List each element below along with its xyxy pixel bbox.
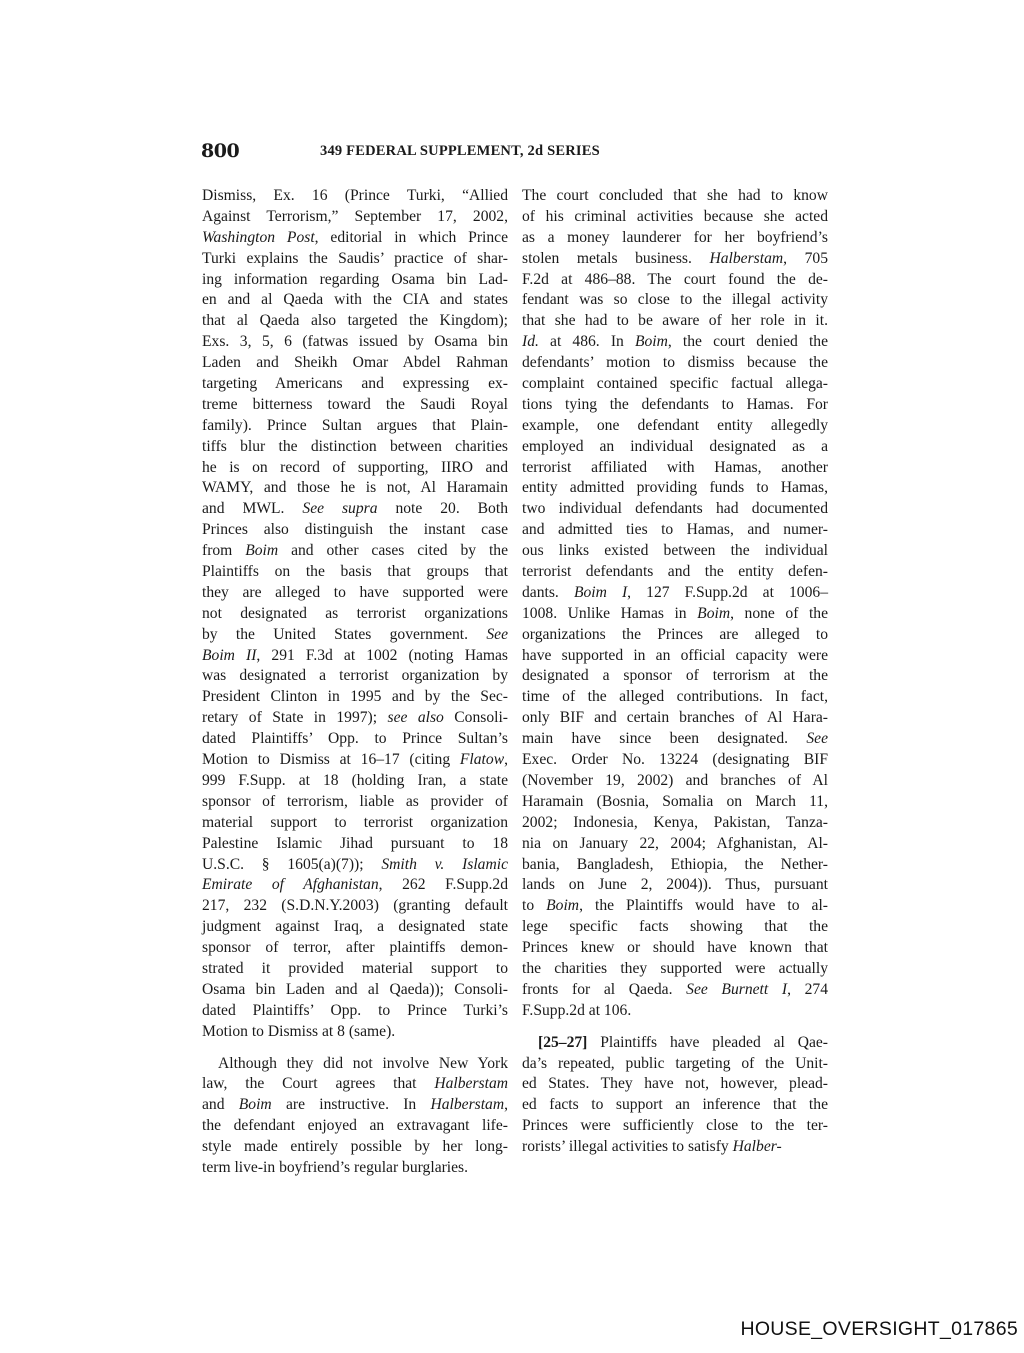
text-segment: fendant was so close to the illegal acti…: [522, 291, 828, 308]
text-segment: dated Plaintiffs’ Opp. to Prince Sultan’…: [202, 730, 508, 747]
text-segment: as a money launderer for her boyfriend’s: [522, 229, 828, 246]
text-line: Princes also distinguish the instant cas…: [202, 520, 508, 541]
text-segment: treme bitterness toward the Saudi Royal: [202, 396, 508, 413]
text-line: he is on record of supporting, IIRO and: [202, 458, 508, 479]
text-line: they are alleged to have supported were: [202, 583, 508, 604]
text-segment: , 274: [787, 981, 828, 998]
text-line: President Clinton in 1995 and by the Sec…: [202, 687, 508, 708]
text-segment: was designated a terrorist organization …: [202, 667, 508, 684]
text-line: Osama bin Laden and al Qaeda)); Consoli-: [202, 980, 508, 1001]
text-segment: employed an individual designated as a: [522, 438, 828, 455]
text-segment: Exs. 3, 5, 6 (fatwas issued by Osama bin: [202, 333, 508, 350]
text-line: stolen metals business. Halberstam, 705: [522, 249, 828, 270]
text-segment: and: [202, 1096, 239, 1113]
italic-citation: Emirate of Afghanistan: [202, 876, 379, 893]
text-line: Emirate of Afghanistan, 262 F.Supp.2d: [202, 875, 508, 896]
text-segment: ,: [504, 1096, 508, 1113]
text-segment: ing information regarding Osama bin Lad-: [202, 271, 508, 288]
italic-citation: see also: [388, 709, 444, 726]
text-segment: defendants’ motion to dismiss because th…: [522, 354, 828, 371]
text-segment: note 20. Both: [378, 500, 508, 517]
text-line: Motion to Dismiss at 8 (same).: [202, 1022, 508, 1043]
text-line: sponsor of terrorism, liable as provider…: [202, 792, 508, 813]
text-line: time of the alleged contributions. In fa…: [522, 687, 828, 708]
text-segment: retary of State in 1997);: [202, 709, 388, 726]
text-line: to Boim, the Plaintiffs would have to al…: [522, 896, 828, 917]
text-segment: F.2d at 486–88. The court found the de-: [522, 271, 828, 288]
text-segment: rorists’ illegal activities to satisfy: [522, 1138, 733, 1155]
bates-number: HOUSE_OVERSIGHT_017865: [740, 1318, 1018, 1341]
text-segment: main have since been designated.: [522, 730, 806, 747]
text-segment: WAMY, and those he is not, Al Haramain: [202, 479, 508, 496]
text-line: strated it provided material support to: [202, 959, 508, 980]
text-segment: terrorist affiliated with Hamas, another: [522, 459, 828, 476]
italic-citation: Halber-: [733, 1138, 782, 1155]
text-line: Princes were sufficiently close to the t…: [522, 1116, 828, 1137]
text-segment: to: [522, 897, 546, 914]
right-column: The court concluded that she had to know…: [522, 186, 828, 1158]
text-line: Washington Post, editorial in which Prin…: [202, 228, 508, 249]
text-segment: Plaintiffs have pleaded al Qae-: [587, 1034, 828, 1051]
text-segment: bania, Bangladesh, Ethiopia, the Nether-: [522, 856, 828, 873]
text-line: tiffs blur the distinction between chari…: [202, 437, 508, 458]
text-segment: The court concluded that she had to know: [522, 187, 828, 204]
text-line: was designated a terrorist organization …: [202, 666, 508, 687]
text-segment: are instructive. In: [272, 1096, 431, 1113]
paragraph: Dismiss, Ex. 16 (Prince Turki, “AlliedAg…: [202, 186, 508, 1043]
text-line: that al Qaeda also targeted the Kingdom)…: [202, 311, 508, 332]
italic-citation: Id.: [522, 333, 539, 350]
italic-citation: Boim: [635, 333, 668, 350]
text-segment: da’s repeated, public targeting of the U…: [522, 1055, 828, 1072]
text-segment: term live-in boyfriend’s regular burglar…: [202, 1159, 468, 1176]
text-line: fendant was so close to the illegal acti…: [522, 290, 828, 311]
text-segment: , 291 F.3d at 1002 (noting Hamas: [256, 647, 508, 664]
text-line: the charities they supported were actual…: [522, 959, 828, 980]
text-line: WAMY, and those he is not, Al Haramain: [202, 478, 508, 499]
text-segment: tiffs blur the distinction between chari…: [202, 438, 508, 455]
text-line: bania, Bangladesh, Ethiopia, the Nether-: [522, 855, 828, 876]
text-segment: not designated as terrorist organization…: [202, 605, 508, 622]
paragraph: Although they did not involve New Yorkla…: [202, 1054, 508, 1179]
text-segment: targeting Americans and expressing ex-: [202, 375, 508, 392]
text-line: two individual defendants had documented: [522, 499, 828, 520]
text-line: fronts for al Qaeda. See Burnett I, 274: [522, 980, 828, 1001]
text-segment: that she had to be aware of her role in …: [522, 312, 828, 329]
text-segment: strated it provided material support to: [202, 960, 508, 977]
text-segment: complaint contained specific factual all…: [522, 375, 828, 392]
text-segment: from: [202, 542, 245, 559]
text-line: and admitted ties to Hamas, and numer-: [522, 520, 828, 541]
text-line: sponsor of terror, after plaintiffs demo…: [202, 938, 508, 959]
text-segment: dated Plaintiffs’ Opp. to Prince Turki’s: [202, 1002, 508, 1019]
text-segment: , none of the: [730, 605, 828, 622]
paragraph: [25–27] Plaintiffs have pleaded al Qae-d…: [522, 1033, 828, 1158]
text-line: lege specific facts showing that the: [522, 917, 828, 938]
text-line: only BIF and certain branches of Al Hara…: [522, 708, 828, 729]
text-segment: 1008. Unlike Hamas in: [522, 605, 697, 622]
text-segment: by the United States government.: [202, 626, 486, 643]
text-segment: terrorist defendants and the entity defe…: [522, 563, 828, 580]
text-segment: 999 F.Supp. at 18 (holding Iran, a state: [202, 772, 508, 789]
text-line: nia on January 22, 2004; Afghanistan, Al…: [522, 834, 828, 855]
text-line: targeting Americans and expressing ex-: [202, 374, 508, 395]
text-line: style made entirely possible by her long…: [202, 1137, 508, 1158]
text-segment: he is on record of supporting, IIRO and: [202, 459, 508, 476]
text-line: [25–27] Plaintiffs have pleaded al Qae-: [522, 1033, 828, 1054]
text-line: Princes knew or should have known that: [522, 938, 828, 959]
text-segment: at 486. In: [539, 333, 635, 350]
text-segment: Laden and Sheikh Omar Abdel Rahman: [202, 354, 508, 371]
text-segment: Princes knew or should have known that: [522, 939, 828, 956]
text-line: lands on June 2, 2004)). Thus, pursuant: [522, 875, 828, 896]
text-segment: and MWL.: [202, 500, 302, 517]
text-segment: U.S.C. § 1605(a)(7));: [202, 856, 381, 873]
paragraph: The court concluded that she had to know…: [522, 186, 828, 1022]
text-segment: organizations the Princes are alleged to: [522, 626, 828, 643]
text-line: da’s repeated, public targeting of the U…: [522, 1054, 828, 1075]
italic-citation: Halberstam: [709, 250, 783, 267]
text-segment: example, one defendant entity allegedly: [522, 417, 828, 434]
text-segment: Plaintiffs on the basis that groups that: [202, 563, 508, 580]
text-segment: material support to terrorist organizati…: [202, 814, 508, 831]
text-line: dants. Boim I, 127 F.Supp.2d at 1006–: [522, 583, 828, 604]
text-line: the defendant enjoyed an extravagant lif…: [202, 1116, 508, 1137]
left-column: Dismiss, Ex. 16 (Prince Turki, “AlliedAg…: [202, 186, 508, 1179]
text-line: ed States. They have not, however, plead…: [522, 1074, 828, 1095]
text-segment: that al Qaeda also targeted the Kingdom)…: [202, 312, 508, 329]
text-line: dated Plaintiffs’ Opp. to Prince Sultan’…: [202, 729, 508, 750]
text-segment: President Clinton in 1995 and by the Sec…: [202, 688, 508, 705]
text-line: term live-in boyfriend’s regular burglar…: [202, 1158, 508, 1179]
text-line: and Boim are instructive. In Halberstam,: [202, 1095, 508, 1116]
text-line: Against Terrorism,” September 17, 2002,: [202, 207, 508, 228]
text-line: family). Prince Sultan argues that Plain…: [202, 416, 508, 437]
text-line: from Boim and other cases cited by the: [202, 541, 508, 562]
text-segment: Princes also distinguish the instant cas…: [202, 521, 508, 538]
text-line: terrorist defendants and the entity defe…: [522, 562, 828, 583]
text-segment: nia on January 22, 2004; Afghanistan, Al…: [522, 835, 828, 852]
text-line: example, one defendant entity allegedly: [522, 416, 828, 437]
text-line: retary of State in 1997); see also Conso…: [202, 708, 508, 729]
italic-citation: Boim: [697, 605, 730, 622]
italic-citation: Boim: [239, 1096, 272, 1113]
italic-citation: Boim: [245, 542, 278, 559]
text-segment: 2002; Indonesia, Kenya, Pakistan, Tanza-: [522, 814, 828, 831]
text-segment: designated a sponsor of terrorism at the: [522, 667, 828, 684]
text-segment: of his criminal activities because she a…: [522, 208, 828, 225]
text-segment: fronts for al Qaeda.: [522, 981, 686, 998]
text-line: The court concluded that she had to know: [522, 186, 828, 207]
text-line: en and al Qaeda with the CIA and states: [202, 290, 508, 311]
text-line: complaint contained specific factual all…: [522, 374, 828, 395]
text-line: tions tying the defendants to Hamas. For: [522, 395, 828, 416]
text-segment: Exec. Order No. 13224 (designating BIF: [522, 751, 828, 768]
text-segment: , 705: [783, 250, 828, 267]
italic-citation: See Burnett I: [686, 981, 787, 998]
text-line: not designated as terrorist organization…: [202, 604, 508, 625]
text-segment: , 127 F.Supp.2d at 1006–: [627, 584, 828, 601]
text-segment: en and al Qaeda with the CIA and states: [202, 291, 508, 308]
italic-citation: Flatow: [460, 751, 504, 768]
text-line: U.S.C. § 1605(a)(7)); Smith v. Islamic: [202, 855, 508, 876]
text-segment: tions tying the defendants to Hamas. For: [522, 396, 828, 413]
text-segment: , the court denied the: [668, 333, 828, 350]
text-line: (November 19, 2002) and branches of Al: [522, 771, 828, 792]
text-segment: only BIF and certain branches of Al Hara…: [522, 709, 828, 726]
text-line: Exs. 3, 5, 6 (fatwas issued by Osama bin: [202, 332, 508, 353]
text-segment: , editorial in which Prince: [315, 229, 508, 246]
text-segment: (November 19, 2002) and branches of Al: [522, 772, 828, 789]
text-line: Turki explains the Saudis’ practice of s…: [202, 249, 508, 270]
text-line: rorists’ illegal activities to satisfy H…: [522, 1137, 828, 1158]
text-line: F.Supp.2d at 106.: [522, 1001, 828, 1022]
text-segment: entity admitted providing funds to Hamas…: [522, 479, 828, 496]
paragraph-gap: [522, 1022, 828, 1033]
text-line: Boim II, 291 F.3d at 1002 (noting Hamas: [202, 646, 508, 667]
text-line: of his criminal activities because she a…: [522, 207, 828, 228]
text-segment: stolen metals business.: [522, 250, 709, 267]
text-segment: dants.: [522, 584, 574, 601]
text-line: organizations the Princes are alleged to: [522, 625, 828, 646]
italic-citation: Boim I: [574, 584, 627, 601]
text-line: defendants’ motion to dismiss because th…: [522, 353, 828, 374]
text-line: and MWL. See supra note 20. Both: [202, 499, 508, 520]
text-segment: they are alleged to have supported were: [202, 584, 508, 601]
text-line: designated a sponsor of terrorism at the: [522, 666, 828, 687]
italic-citation: Boim: [546, 897, 579, 914]
text-segment: the defendant enjoyed an extravagant lif…: [202, 1117, 508, 1134]
text-segment: Consoli-: [444, 709, 508, 726]
text-segment: have supported in an official capacity w…: [522, 647, 828, 664]
text-segment: Palestine Islamic Jihad pursuant to 18: [202, 835, 508, 852]
text-line: Plaintiffs on the basis that groups that: [202, 562, 508, 583]
text-segment: judgment against Iraq, a designated stat…: [202, 918, 508, 935]
text-segment: Princes were sufficiently close to the t…: [522, 1117, 828, 1134]
text-segment: ed facts to support an inference that th…: [522, 1096, 828, 1113]
text-segment: two individual defendants had documented: [522, 500, 828, 517]
page-number: 800: [201, 140, 239, 162]
text-line: Motion to Dismiss at 16–17 (citing Flato…: [202, 750, 508, 771]
text-line: ous links existed between the individual: [522, 541, 828, 562]
italic-citation: Halberstam: [430, 1096, 504, 1113]
text-line: 999 F.Supp. at 18 (holding Iran, a state: [202, 771, 508, 792]
text-segment: ,: [504, 751, 508, 768]
text-line: material support to terrorist organizati…: [202, 813, 508, 834]
text-segment: sponsor of terror, after plaintiffs demo…: [202, 939, 508, 956]
italic-citation: See: [486, 626, 508, 643]
text-segment: Dismiss, Ex. 16 (Prince Turki, “Allied: [202, 187, 508, 204]
text-line: Dismiss, Ex. 16 (Prince Turki, “Allied: [202, 186, 508, 207]
text-segment: family). Prince Sultan argues that Plain…: [202, 417, 508, 434]
text-segment: ous links existed between the individual: [522, 542, 828, 559]
text-segment: Motion to Dismiss at 16–17 (citing: [202, 751, 460, 768]
text-segment: lege specific facts showing that the: [522, 918, 828, 935]
text-segment: and admitted ties to Hamas, and numer-: [522, 521, 828, 538]
text-line: by the United States government. See: [202, 625, 508, 646]
text-line: Exec. Order No. 13224 (designating BIF: [522, 750, 828, 771]
text-segment: Haramain (Bosnia, Somalia on March 11,: [522, 793, 828, 810]
text-segment: Turki explains the Saudis’ practice of s…: [202, 250, 508, 267]
text-line: that she had to be aware of her role in …: [522, 311, 828, 332]
text-segment: law, the Court agrees that: [202, 1075, 434, 1092]
running-head: 349 FEDERAL SUPPLEMENT, 2d SERIES: [320, 143, 600, 160]
text-line: ing information regarding Osama bin Lad-: [202, 270, 508, 291]
headnote-number: [25–27]: [538, 1034, 587, 1051]
text-line: Laden and Sheikh Omar Abdel Rahman: [202, 353, 508, 374]
text-line: main have since been designated. See: [522, 729, 828, 750]
text-segment: sponsor of terrorism, liable as provider…: [202, 793, 508, 810]
text-line: 217, 232 (S.D.N.Y.2003) (granting defaul…: [202, 896, 508, 917]
text-segment: time of the alleged contributions. In fa…: [522, 688, 828, 705]
text-line: employed an individual designated as a: [522, 437, 828, 458]
text-line: judgment against Iraq, a designated stat…: [202, 917, 508, 938]
text-segment: Although they did not involve New York: [218, 1055, 508, 1072]
italic-citation: See: [806, 730, 828, 747]
italic-citation: See supra: [302, 500, 377, 517]
text-segment: style made entirely possible by her long…: [202, 1138, 508, 1155]
italic-citation: Halberstam: [434, 1075, 508, 1092]
italic-citation: Smith v. Islamic: [381, 856, 508, 873]
text-segment: lands on June 2, 2004)). Thus, pursuant: [522, 876, 828, 893]
text-line: Although they did not involve New York: [202, 1054, 508, 1075]
text-segment: Osama bin Laden and al Qaeda)); Consoli-: [202, 981, 508, 998]
text-line: treme bitterness toward the Saudi Royal: [202, 395, 508, 416]
text-line: Id. at 486. In Boim, the court denied th…: [522, 332, 828, 353]
text-segment: 217, 232 (S.D.N.Y.2003) (granting defaul…: [202, 897, 508, 914]
text-segment: and other cases cited by the: [278, 542, 508, 559]
text-segment: ed States. They have not, however, plead…: [522, 1075, 828, 1092]
text-line: have supported in an official capacity w…: [522, 646, 828, 667]
text-line: dated Plaintiffs’ Opp. to Prince Turki’s: [202, 1001, 508, 1022]
text-line: law, the Court agrees that Halberstam: [202, 1074, 508, 1095]
text-segment: , 262 F.Supp.2d: [379, 876, 508, 893]
text-line: ed facts to support an inference that th…: [522, 1095, 828, 1116]
italic-citation: Boim II: [202, 647, 256, 664]
text-line: as a money launderer for her boyfriend’s: [522, 228, 828, 249]
text-line: 2002; Indonesia, Kenya, Pakistan, Tanza-: [522, 813, 828, 834]
text-line: Palestine Islamic Jihad pursuant to 18: [202, 834, 508, 855]
text-segment: the charities they supported were actual…: [522, 960, 828, 977]
text-segment: Against Terrorism,” September 17, 2002,: [202, 208, 508, 225]
text-segment: Motion to Dismiss at 8 (same).: [202, 1023, 395, 1040]
paragraph-gap: [202, 1043, 508, 1054]
text-line: entity admitted providing funds to Hamas…: [522, 478, 828, 499]
text-line: 1008. Unlike Hamas in Boim, none of the: [522, 604, 828, 625]
text-line: terrorist affiliated with Hamas, another: [522, 458, 828, 479]
text-line: Haramain (Bosnia, Somalia on March 11,: [522, 792, 828, 813]
text-line: F.2d at 486–88. The court found the de-: [522, 270, 828, 291]
text-segment: , the Plaintiffs would have to al-: [579, 897, 828, 914]
italic-citation: Washington Post: [202, 229, 315, 246]
text-segment: F.Supp.2d at 106.: [522, 1002, 631, 1019]
